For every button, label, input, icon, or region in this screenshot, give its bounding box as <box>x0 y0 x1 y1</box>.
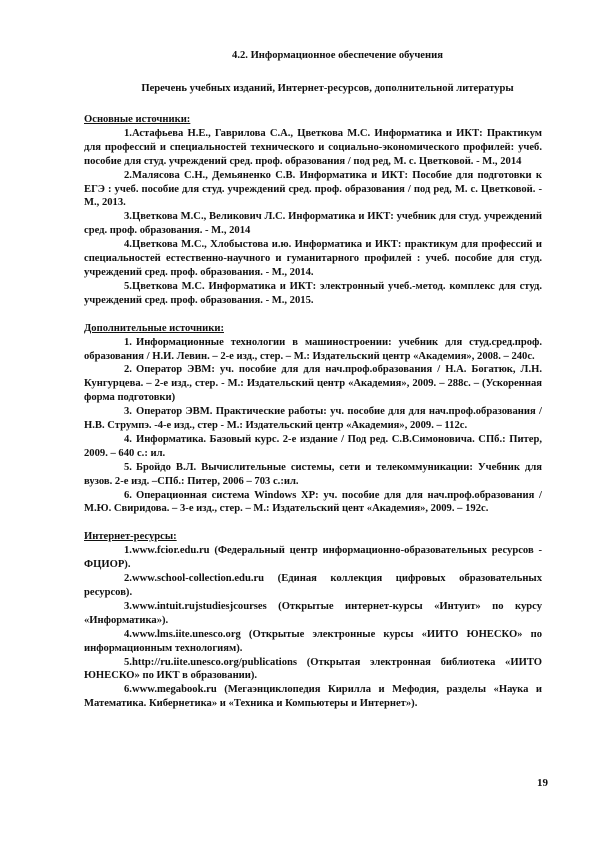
list-item: 3.Цветкова М.С., Великович Л.С. Информат… <box>84 210 542 238</box>
list-item: 6.www.megabook.ru (Мегаэнциклопедия Кири… <box>84 683 542 711</box>
item-text: Информационные технологии в машиностроен… <box>84 337 542 362</box>
item-number: 6. <box>104 489 132 503</box>
additional-sources-heading: Дополнительные источники: <box>84 322 542 336</box>
list-item: 3.Оператор ЭВМ. Практические работы: уч.… <box>84 405 542 433</box>
list-item: 2.Оператор ЭВМ: уч. пособие для для нач.… <box>84 363 542 405</box>
item-number: 1. <box>104 127 132 141</box>
item-text: www.megabook.ru (Мегаэнциклопедия Кирилл… <box>84 684 542 709</box>
additional-sources-list: 1.Информационные технологии в машиностро… <box>84 336 542 517</box>
item-number: 1. <box>104 544 132 558</box>
section-title: 4.2. Информационное обеспечение обучения <box>40 50 595 61</box>
item-number: 2. <box>104 572 132 586</box>
item-number: 5. <box>104 280 132 294</box>
item-text: Малясова С.Н., Демьяненко С.В. Информати… <box>84 170 542 209</box>
item-text: Оператор ЭВМ: уч. пособие для для нач.пр… <box>84 364 542 403</box>
list-item: 5.http://ru.iite.unesco.org/publications… <box>84 656 542 684</box>
item-number: 3. <box>104 405 132 419</box>
internet-resources-list: 1.www.fcior.edu.ru (Федеральный центр ин… <box>84 544 542 711</box>
list-item: 5.Цветкова М.С. Информатика и ИКТ: элект… <box>84 280 542 308</box>
item-text: Бройдо В.Л. Вычислительные системы, сети… <box>84 462 542 487</box>
item-text: Астафьева Н.Е., Гаврилова С.А., Цветкова… <box>84 128 542 167</box>
page-number: 19 <box>537 777 548 789</box>
item-text: Цветкова М.С., Хлобыстова и.ю. Информати… <box>84 239 542 278</box>
list-item: 1.www.fcior.edu.ru (Федеральный центр ин… <box>84 544 542 572</box>
document-subtitle: Перечень учебных изданий, Интернет-ресур… <box>30 83 595 94</box>
internet-resources-heading: Интернет-ресурсы: <box>84 530 542 544</box>
list-item: 2.www.school-collection.edu.ru (Единая к… <box>84 572 542 600</box>
item-number: 3. <box>104 210 132 224</box>
item-text: Цветкова М.С. Информатика и ИКТ: электро… <box>84 281 542 306</box>
main-sources-list: 1.Астафьева Н.Е., Гаврилова С.А., Цветко… <box>84 127 542 308</box>
item-number: 2. <box>104 169 132 183</box>
item-text: www.lms.iite.unesco.org (Открытые электр… <box>84 629 542 654</box>
item-text: Информатика. Базовый курс. 2-е издание /… <box>84 434 542 459</box>
item-number: 3. <box>104 600 132 614</box>
list-item: 6.Операционная система Windows XP: уч. п… <box>84 489 542 517</box>
item-text: www.intuit.rujstudiesjcourses (Открытые … <box>84 601 542 626</box>
item-number: 5. <box>104 461 132 475</box>
item-number: 5. <box>104 656 132 670</box>
document-page: 4.2. Информационное обеспечение обучения… <box>0 0 595 842</box>
list-item: 4.www.lms.iite.unesco.org (Открытые элек… <box>84 628 542 656</box>
item-number: 6. <box>104 683 132 697</box>
item-number: 1. <box>104 336 132 350</box>
list-item: 1.Информационные технологии в машиностро… <box>84 336 542 364</box>
list-item: 3.www.intuit.rujstudiesjcourses (Открыты… <box>84 600 542 628</box>
item-number: 4. <box>104 238 132 252</box>
list-item: 1.Астафьева Н.Е., Гаврилова С.А., Цветко… <box>84 127 542 169</box>
item-text: Оператор ЭВМ. Практические работы: уч. п… <box>84 406 542 431</box>
main-sources-heading: Основные источники: <box>84 113 542 127</box>
list-item: 4.Информатика. Базовый курс. 2-е издание… <box>84 433 542 461</box>
document-body: Основные источники: 1.Астафьева Н.Е., Га… <box>84 113 542 711</box>
item-number: 4. <box>104 628 132 642</box>
item-number: 4. <box>104 433 132 447</box>
item-text: Операционная система Windows XP: уч. пос… <box>84 490 542 515</box>
item-text: www.school-collection.edu.ru (Единая кол… <box>84 573 542 598</box>
item-text: www.fcior.edu.ru (Федеральный центр инфо… <box>84 545 542 570</box>
list-item: 5.Бройдо В.Л. Вычислительные системы, се… <box>84 461 542 489</box>
list-item: 2.Малясова С.Н., Демьяненко С.В. Информа… <box>84 169 542 211</box>
item-text: http://ru.iite.unesco.org/publications (… <box>84 657 542 682</box>
list-item: 4.Цветкова М.С., Хлобыстова и.ю. Информа… <box>84 238 542 280</box>
item-text: Цветкова М.С., Великович Л.С. Информатик… <box>84 211 542 236</box>
item-number: 2. <box>104 363 132 377</box>
